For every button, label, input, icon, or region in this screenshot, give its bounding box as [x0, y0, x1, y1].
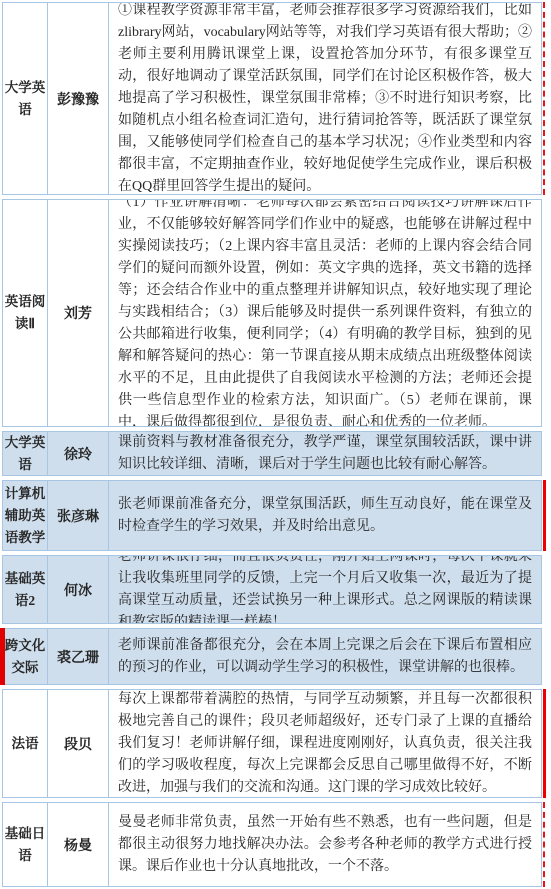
- course-name: 大学英语: [4, 432, 46, 476]
- course-name: 基础日语: [4, 823, 46, 867]
- teacher-cell: 张彦琳: [47, 480, 109, 551]
- table-row: 法语 段贝 每次上课都带着满腔的热情，与同学互动频繁，并且每一次都很积极地完善自…: [2, 689, 542, 798]
- comment-cell: 老师讲课很仔细，而且很负责任，刚开始上网课时，每次下课就来让我收集班里同学的反馈…: [108, 555, 542, 624]
- course-cell: 法语: [2, 689, 48, 798]
- teacher-cell: 徐玲: [47, 431, 109, 476]
- comment-text: 张老师课前准备充分，课堂氛围活跃，师生互动良好，能在课堂及时检查学生的学习效果，…: [118, 494, 532, 538]
- course-name: 计算机辅助英语教学: [4, 483, 46, 549]
- comment-cell: 课前资料与教材准备很充分，教学严谨，课堂氛围较活跃，课中讲知识比较详细、清晰，课…: [108, 431, 542, 476]
- evaluation-table: 大学英语 彭豫豫 ①课程教学资源非常丰富，老师会推荐很多学习资源给我们，比如zl…: [2, 2, 542, 889]
- comment-cell: ①课程教学资源非常丰富，老师会推荐很多学习资源给我们，比如zlibrary网站，…: [108, 2, 542, 195]
- teacher-name: 张彦琳: [57, 506, 99, 526]
- table-row: 基础英语2 何冰 老师讲课很仔细，而且很负责任，刚开始上网课时，每次下课就来让我…: [2, 555, 542, 624]
- comment-text: 课前资料与教材准备很充分，教学严谨，课堂氛围较活跃，课中讲知识比较详细、清晰，课…: [118, 432, 532, 476]
- change-bar-solid: [543, 480, 546, 551]
- course-name: 大学英语: [4, 77, 46, 121]
- teacher-name: 杨曼: [64, 835, 92, 855]
- comment-cell: 张老师课前准备充分，课堂氛围活跃，师生互动良好，能在课堂及时检查学生的学习效果，…: [108, 480, 542, 551]
- teacher-name: 何冰: [64, 580, 92, 600]
- change-bar-dashed: [543, 802, 545, 887]
- comment-cell: （1）作业讲解清晰：老师每次都会紧密结合阅读技巧讲解课后作业，不仅能够较好解答同…: [108, 199, 542, 427]
- comment-text: 老师讲课很仔细，而且很负责任，刚开始上网课时，每次下课就来让我收集班里同学的反馈…: [118, 555, 532, 624]
- course-cell: 基础英语2: [2, 555, 48, 624]
- teacher-cell: 段贝: [47, 689, 109, 798]
- course-name: 英语阅读Ⅱ: [4, 291, 46, 335]
- change-bar-solid: [543, 689, 546, 798]
- course-name: 法语: [12, 733, 39, 755]
- course-name: 基础英语2: [4, 568, 46, 612]
- document-page: 大学英语 彭豫豫 ①课程教学资源非常丰富，老师会推荐很多学习资源给我们，比如zl…: [0, 0, 551, 889]
- course-cell: 大学英语: [2, 431, 48, 476]
- course-cell: 跨文化交际: [2, 628, 48, 685]
- table-row: 英语阅读Ⅱ 刘芳 （1）作业讲解清晰：老师每次都会紧密结合阅读技巧讲解课后作业，…: [2, 199, 542, 427]
- change-bar-dashed: [543, 2, 545, 195]
- comment-text: 曼曼老师非常负责，虽然一开始有些不熟悉，也有一些问题，但是都很主动很努力地找解决…: [118, 812, 532, 878]
- comment-cell: 老师课前准备都很充分，会在本周上完课之后会在下课后布置相应的预习的作业，可以调动…: [108, 628, 542, 685]
- teacher-cell: 彭豫豫: [47, 2, 109, 195]
- comment-text: 老师课前准备都很充分，会在本周上完课之后会在下课后布置相应的预习的作业，可以调动…: [118, 635, 532, 679]
- teacher-cell: 何冰: [47, 555, 109, 624]
- table-row: 大学英语 徐玲 课前资料与教材准备很充分，教学严谨，课堂氛围较活跃，课中讲知识比…: [2, 431, 542, 476]
- table-row: 跨文化交际 裘乙珊 老师课前准备都很充分，会在本周上完课之后会在下课后布置相应的…: [2, 628, 542, 685]
- comment-cell: 每次上课都带着满腔的热情，与同学互动频繁，并且每一次都很积极地完善自己的课件；段…: [108, 689, 542, 798]
- comment-text: （1）作业讲解清晰：老师每次都会紧密结合阅读技巧讲解课后作业，不仅能够较好解答同…: [118, 199, 532, 427]
- course-cell: 大学英语: [2, 2, 48, 195]
- course-cell: 英语阅读Ⅱ: [2, 199, 48, 427]
- teacher-name: 徐玲: [64, 444, 92, 464]
- table-row: 大学英语 彭豫豫 ①课程教学资源非常丰富，老师会推荐很多学习资源给我们，比如zl…: [2, 2, 542, 195]
- teacher-cell: 刘芳: [47, 199, 109, 427]
- teacher-name: 彭豫豫: [57, 89, 99, 109]
- teacher-name: 裘乙珊: [57, 647, 99, 667]
- course-cell: 基础日语: [2, 802, 48, 887]
- comment-cell: 曼曼老师非常负责，虽然一开始有些不熟悉，也有一些问题，但是都很主动很努力地找解决…: [108, 802, 542, 887]
- table-row: 基础日语 杨曼 曼曼老师非常负责，虽然一开始有些不熟悉，也有一些问题，但是都很主…: [2, 802, 542, 887]
- course-name: 跨文化交际: [4, 635, 46, 679]
- course-cell: 计算机辅助英语教学: [2, 480, 48, 551]
- table-row: 计算机辅助英语教学 张彦琳 张老师课前准备充分，课堂氛围活跃，师生互动良好，能在…: [2, 480, 542, 551]
- teacher-name: 段贝: [64, 734, 92, 754]
- teacher-cell: 裘乙珊: [47, 628, 109, 685]
- change-bar-left: [0, 628, 5, 685]
- comment-text: ①课程教学资源非常丰富，老师会推荐很多学习资源给我们，比如zlibrary网站，…: [118, 2, 532, 195]
- comment-text: 每次上课都带着满腔的热情，与同学互动频繁，并且每一次都很积极地完善自己的课件；段…: [118, 689, 532, 798]
- teacher-cell: 杨曼: [47, 802, 109, 887]
- teacher-name: 刘芳: [64, 303, 92, 323]
